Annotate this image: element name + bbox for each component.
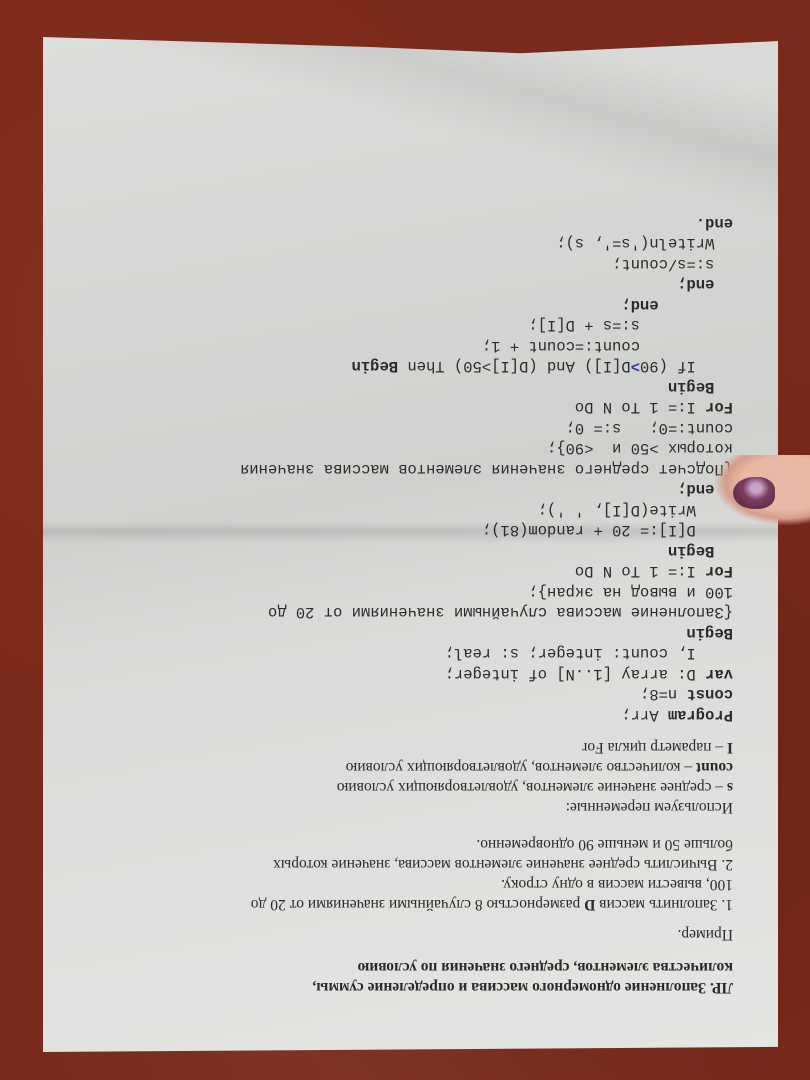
code-line: Begin <box>240 623 733 644</box>
code-keyword: Begin <box>686 624 733 642</box>
code-text: D[I]:= 20 + random(81); <box>482 522 733 540</box>
variables-section: Используем переменные: s – среднее значе… <box>337 737 733 817</box>
variable-name: count <box>696 759 733 776</box>
pascal-code-block: Program Arr;const n=8;var D: array [1..N… <box>240 213 733 726</box>
worksheet-title: ЛР. Заполнение одномерного массива и опр… <box>173 957 733 997</box>
code-line: {Подсчет среднего значения элементов мас… <box>240 459 733 480</box>
code-line: end; <box>240 274 733 295</box>
code-line: которых >50 и <90}; <box>240 438 733 459</box>
code-text: {Подсчет среднего значения элементов мас… <box>240 460 733 478</box>
code-line: count:=count + 1; <box>240 336 733 357</box>
code-text: If (90 <box>640 358 733 376</box>
code-keyword: end; <box>621 296 733 314</box>
code-line: s:=s/count; <box>240 254 733 275</box>
code-text: n=8; <box>640 686 687 704</box>
paper-sheet: ЛР. Заполнение одномерного массива и опр… <box>43 37 778 1052</box>
code-text: Writeln('s=', s); <box>556 235 733 253</box>
code-keyword: Program <box>668 706 733 724</box>
variable-desc: – параметр цикла For <box>582 739 727 756</box>
code-keyword: For <box>705 563 733 581</box>
code-text: s:=s + D[I]; <box>528 317 733 335</box>
task-list: 1. Заполнить массив D размерностью 8 слу… <box>251 834 733 914</box>
code-text: count:=0; s:= 0; <box>566 419 733 437</box>
code-line: Program Arr; <box>240 705 733 726</box>
code-keyword: var <box>705 665 733 683</box>
code-line: s:=s + D[I]; <box>240 315 733 336</box>
code-keyword: end; <box>677 276 733 294</box>
code-line: D[I]:= 20 + random(81); <box>240 520 733 541</box>
code-keyword: end. <box>696 214 733 232</box>
variable-desc: – среднее значение элементов, удовлетвор… <box>337 779 727 796</box>
code-text: которых >50 и <90}; <box>547 440 733 458</box>
title-line: количества элементов, среднего значения … <box>173 957 733 977</box>
code-text: D[I]) And (D[I]>50) Then <box>398 358 631 376</box>
variable-line: I – параметр цикла For <box>337 737 733 757</box>
array-name: D <box>584 896 595 913</box>
code-line: Begin <box>240 377 733 398</box>
code-line: {Заполнение массива случайными значениям… <box>240 602 733 623</box>
code-line: For I:= 1 To N Do <box>240 561 733 582</box>
code-line: count:=0; s:= 0; <box>240 418 733 439</box>
variable-name: s <box>727 779 733 796</box>
code-text: Write(D[I], ' '); <box>538 501 733 519</box>
code-line: Writeln('s=', s); <box>240 233 733 254</box>
task-text: 1. Заполнить массив <box>595 896 733 913</box>
code-text: 100 и вывод на экран}; <box>528 583 733 601</box>
code-line: For I:= 1 To N Do <box>240 397 733 418</box>
code-line: end; <box>240 479 733 500</box>
task-line: 100, вывести массив в одну строку. <box>251 874 733 894</box>
code-text: Arr; <box>621 706 668 724</box>
code-line: const n=8; <box>240 684 733 705</box>
code-text: {Заполнение массива случайными значениям… <box>268 604 733 622</box>
task-line: больше 50 и меньше 90 одновременно. <box>251 834 733 854</box>
variable-line: count – количество элементов, удовлетвор… <box>337 757 733 777</box>
handwritten-mark: > <box>631 358 640 376</box>
finger <box>715 455 810 525</box>
code-keyword: For <box>705 399 733 417</box>
variable-line: s – среднее значение элементов, удовлетв… <box>337 777 733 797</box>
code-line: end. <box>240 213 733 234</box>
variable-desc: – количество элементов, удовлетворяющих … <box>346 759 696 776</box>
code-line: 100 и вывод на экран}; <box>240 582 733 603</box>
photo-scene: ЛР. Заполнение одномерного массива и опр… <box>0 0 810 1080</box>
code-line: Begin <box>240 541 733 562</box>
code-line: If (90>D[I]) And (D[I]>50) Then Begin <box>240 356 733 377</box>
code-text: I:= 1 To N Do <box>575 399 705 417</box>
task-line: 2. Вычислить среднее значение элементов … <box>251 854 733 874</box>
code-text: I, count: integer; s: real; <box>445 645 733 663</box>
code-line: Write(D[I], ' '); <box>240 500 733 521</box>
title-line: ЛР. Заполнение одномерного массива и опр… <box>173 977 733 997</box>
code-text: s:=s/count; <box>612 255 733 273</box>
code-text: I:= 1 To N Do <box>575 563 705 581</box>
worksheet-content: ЛР. Заполнение одномерного массива и опр… <box>43 37 778 1052</box>
code-line: I, count: integer; s: real; <box>240 643 733 664</box>
task-text: размерностью 8 случайными значениями от … <box>251 896 584 913</box>
code-text: D: array [1..N] of integer; <box>445 665 705 683</box>
code-keyword: const <box>686 686 733 704</box>
example-label: Пример. <box>677 924 733 944</box>
variable-name: I <box>727 739 733 756</box>
painted-nail <box>733 477 775 509</box>
code-text: count:=count + 1; <box>482 337 733 355</box>
code-line: var D: array [1..N] of integer; <box>240 664 733 685</box>
code-keyword: Begin <box>352 358 399 376</box>
code-keyword: Begin <box>668 542 733 560</box>
code-keyword: Begin <box>668 378 733 396</box>
task-line: 1. Заполнить массив D размерностью 8 слу… <box>251 894 733 914</box>
variables-heading: Используем переменные: <box>337 797 733 817</box>
code-line: end; <box>240 295 733 316</box>
